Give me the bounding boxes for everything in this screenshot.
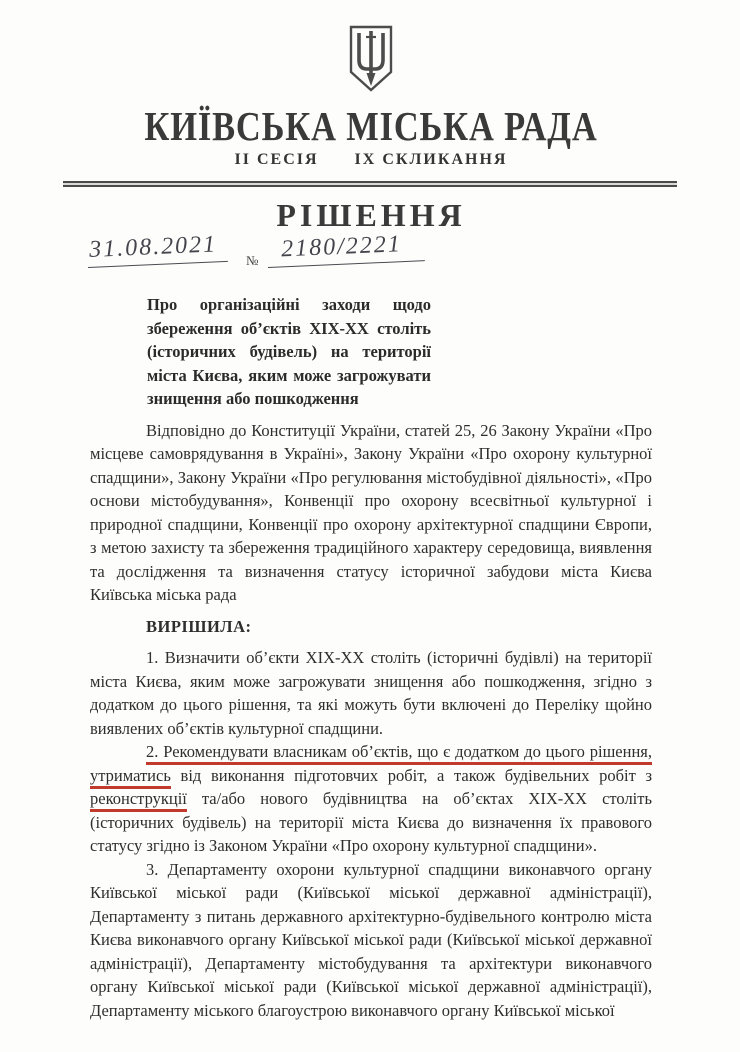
session-line: ІІ СЕСІЯ ІХ СКЛИКАННЯ xyxy=(90,151,652,169)
session-number: ІІ СЕСІЯ xyxy=(235,151,319,169)
document-header: КИЇВСЬКА МІСЬКА РАДА ІІ СЕСІЯ ІХ СКЛИКАН… xyxy=(90,24,652,187)
subject-block: Про організаційні заходи щодо збереження… xyxy=(147,293,431,411)
red-underlined-segment-1: 2. Рекомендувати власникам об’єктів, що … xyxy=(146,742,652,765)
document-page: КИЇВСЬКА МІСЬКА РАДА ІІ СЕСІЯ ІХ СКЛИКАН… xyxy=(0,0,740,1052)
tryzub-coat-of-arms-icon xyxy=(346,24,396,94)
item-3-paragraph: 3. Департаменту охорони культурної спадщ… xyxy=(90,858,652,1023)
date-number-row: 31.08.2021 № 2180/2221 xyxy=(90,237,652,283)
red-underlined-segment-2: утриматись xyxy=(90,766,171,789)
item-2-paragraph: 2. Рекомендувати власникам об’єктів, що … xyxy=(90,740,652,858)
handwritten-number: 2180/2221 xyxy=(267,230,425,268)
convocation-number: ІХ СКЛИКАННЯ xyxy=(355,151,508,169)
item-1-paragraph: 1. Визначити об’єкти XIX-XX століть (іст… xyxy=(90,646,652,740)
red-underlined-segment-3: реконструкції xyxy=(90,789,187,812)
handwritten-date: 31.08.2021 xyxy=(87,231,228,268)
doc-type-title: РІШЕННЯ xyxy=(90,195,652,235)
item-2-text-2: від виконання підготовчих робіт, а також… xyxy=(171,766,652,785)
header-divider xyxy=(63,181,677,187)
preamble-paragraph: Відповідно до Конституції України, стате… xyxy=(90,419,652,607)
number-sign: № xyxy=(246,253,258,269)
resolved-label: ВИРІШИЛА: xyxy=(90,615,652,639)
org-name: КИЇВСЬКА МІСЬКА РАДА xyxy=(135,103,607,149)
